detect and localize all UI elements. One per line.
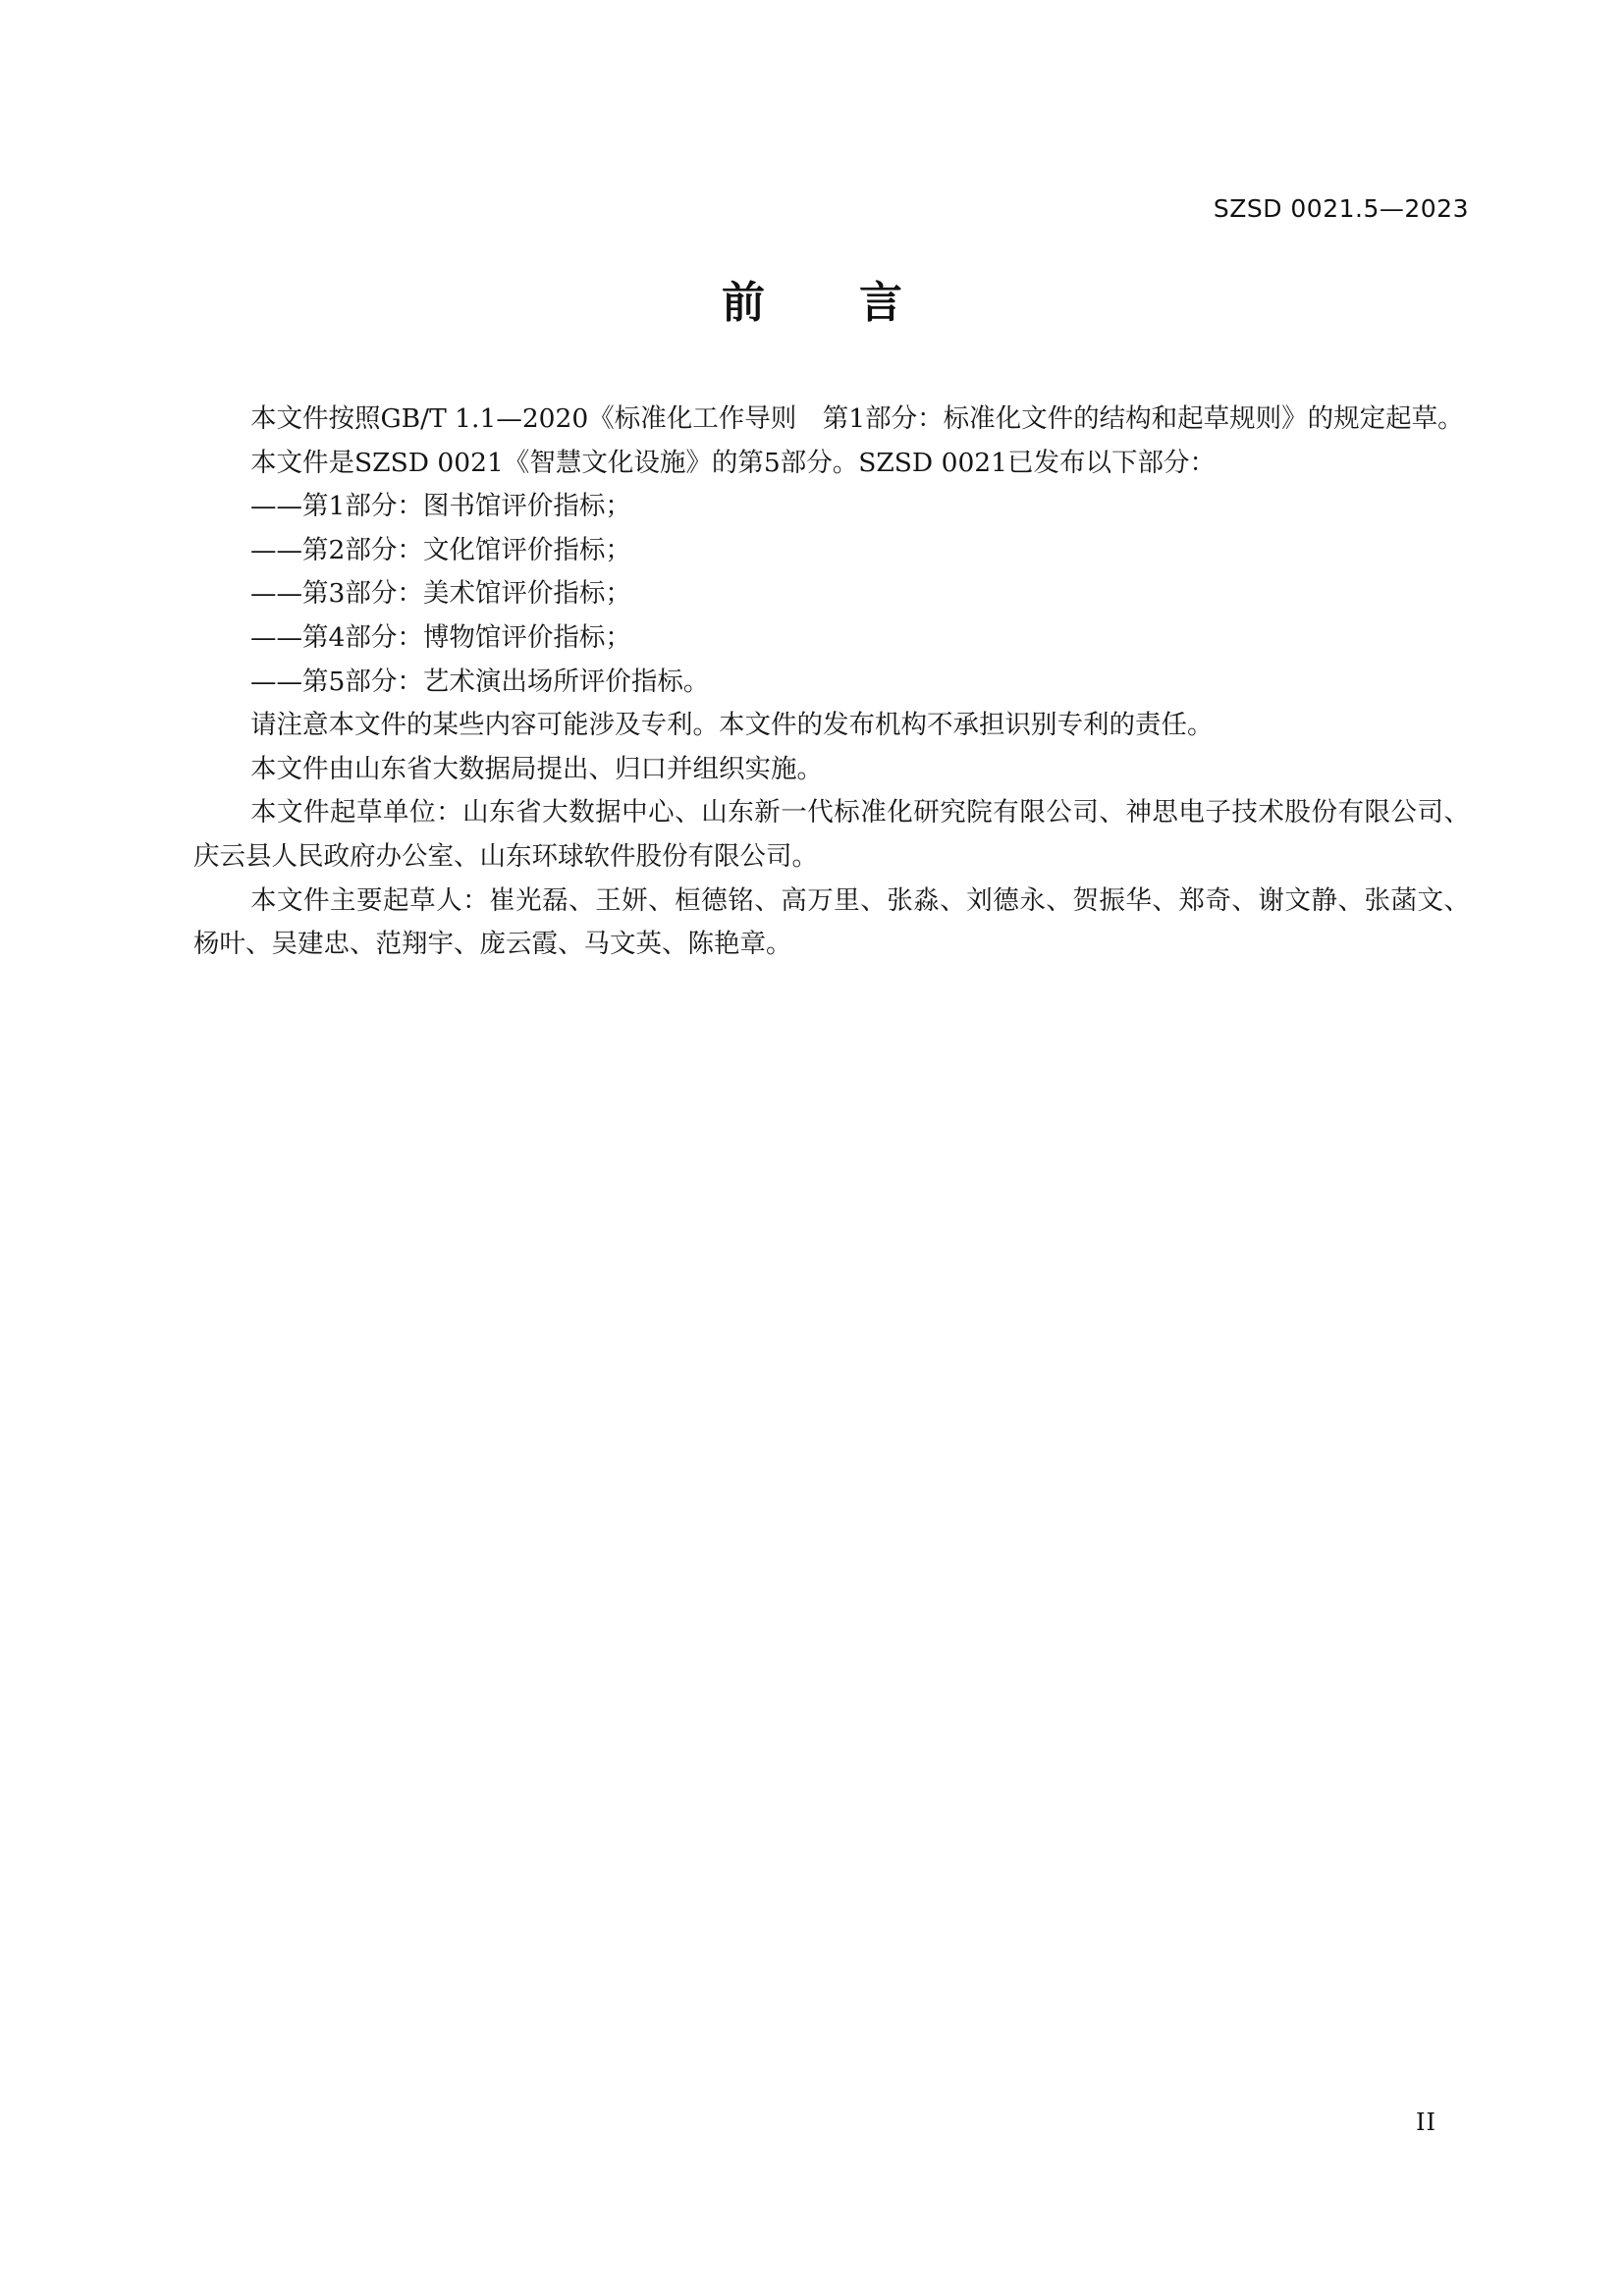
paragraph-drafting-units: 本文件起草单位：山东省大数据中心、山东新一代标准化研究院有限公司、神思电子技术股… (193, 791, 1470, 879)
list-item-part-3: ——第3部分：美术馆评价指标； (193, 572, 1470, 616)
list-item-part-5: ——第5部分：艺术演出场所评价指标。 (193, 661, 1470, 705)
list-item-part-2: ——第2部分：文化馆评价指标； (193, 529, 1470, 573)
list-item-part-4: ——第4部分：博物馆评价指标； (193, 616, 1470, 661)
page-number: II (1416, 2109, 1436, 2136)
foreword-body: 本文件按照GB/T 1.1—2020《标准化工作导则 第1部分：标准化文件的结构… (193, 398, 1470, 967)
paragraph-drafting-rules: 本文件按照GB/T 1.1—2020《标准化工作导则 第1部分：标准化文件的结构… (193, 398, 1470, 442)
paragraph-drafters: 本文件主要起草人：崔光磊、王妍、桓德铭、高万里、张淼、刘德永、贺振华、郑奇、谢文… (193, 880, 1470, 967)
document-number: SZSD 0021.5—2023 (1214, 194, 1469, 223)
title-char-1: 前 (722, 278, 765, 328)
paragraph-series-info: 本文件是SZSD 0021《智慧文化设施》的第5部分。SZSD 0021已发布以… (193, 442, 1470, 486)
parts-list: ——第1部分：图书馆评价指标； ——第2部分：文化馆评价指标； ——第3部分：美… (193, 485, 1470, 704)
list-item-part-1: ——第1部分：图书馆评价指标； (193, 485, 1470, 529)
title-char-2: 言 (859, 278, 902, 328)
paragraph-patent-notice: 请注意本文件的某些内容可能涉及专利。本文件的发布机构不承担识别专利的责任。 (193, 704, 1470, 748)
paragraph-proposer: 本文件由山东省大数据局提出、归口并组织实施。 (193, 748, 1470, 792)
page-title: 前言 (0, 267, 1624, 330)
document-page: SZSD 0021.5—2023 前言 本文件按照GB/T 1.1—2020《标… (0, 0, 1624, 2296)
